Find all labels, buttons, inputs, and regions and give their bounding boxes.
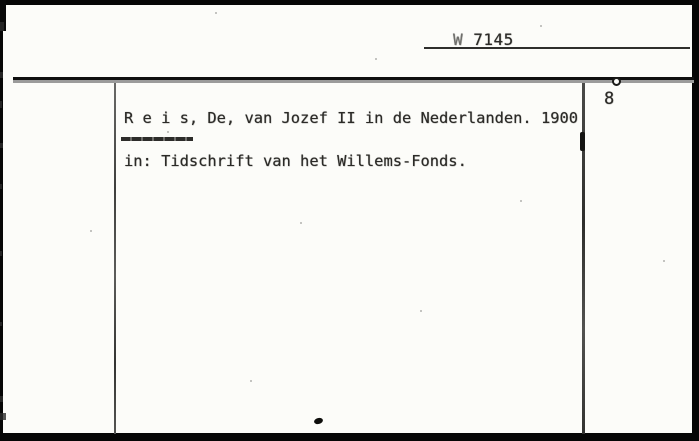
paper-speck — [520, 200, 522, 202]
scan-smudge — [0, 22, 4, 31]
scan-smudge — [0, 101, 2, 108]
call-number-underline — [424, 47, 690, 50]
paper-speck — [420, 310, 422, 312]
paper-speck — [540, 25, 542, 27]
paper-speck — [90, 230, 92, 232]
paper-speck — [375, 58, 377, 60]
left-column-rule — [114, 83, 116, 434]
paper-speck — [663, 260, 665, 262]
scan-edge-left — [0, 0, 3, 441]
scan-smudge — [0, 396, 3, 402]
scanned-catalog-card: { "card": { "call_number_prefix": "W", "… — [0, 0, 699, 441]
paper-speck — [250, 380, 252, 382]
scan-edge-bottom — [0, 433, 699, 441]
shelf-number: 8 — [604, 89, 614, 109]
rule-ink-blot — [580, 132, 585, 151]
paper-speck — [167, 131, 169, 133]
scan-smudge — [0, 413, 6, 420]
entry-title-line: R e i s, De, van Jozef II in de Nederlan… — [124, 109, 578, 127]
right-column-rule — [650, 83, 652, 434]
scan-edge-right — [692, 0, 699, 441]
scan-smudge — [0, 184, 2, 189]
entry-name-underline — [121, 137, 193, 141]
entry-source-line: in: Tidschrift van het Willems-Fonds. — [124, 152, 467, 170]
ink-dot — [313, 417, 323, 425]
scan-smudge — [0, 143, 3, 148]
scan-smudge — [0, 251, 2, 256]
scan-smudge — [0, 72, 3, 78]
punch-hole-ring — [612, 77, 621, 86]
paper-speck — [215, 12, 217, 14]
scan-edge-top — [0, 0, 699, 5]
paper-speck — [300, 222, 302, 224]
scan-smudge — [0, 322, 2, 326]
